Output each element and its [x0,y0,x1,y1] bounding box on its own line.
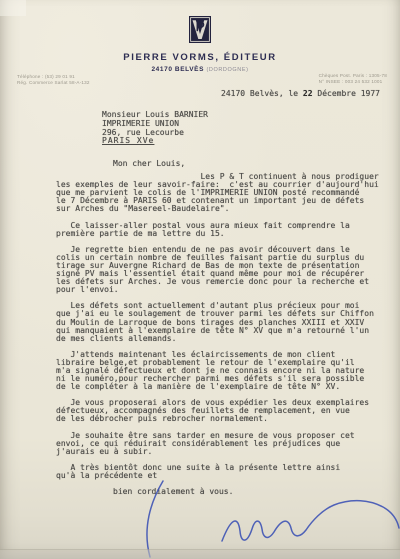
paragraph-7: Je souhaite être sans tarder en mesure d… [56,432,386,456]
paragraph-3: Je regrette bien entendu de ne pas avoir… [56,246,386,295]
letter-body: Mon cher Louis, Les P & T continuent à n… [56,160,386,496]
letterhead: PIERRE VORMS, ÉDITEUR 24170 BELVÈS (DORD… [0,16,400,73]
recipient-city: PARIS XVe [102,137,208,146]
closing-formula: bien cordialement à vous. [56,488,386,496]
publisher-address-town: 24170 BELVÈS [151,66,204,73]
recipient-address: Monsieur Louis BARNIER IMPRIMERIE UNION … [102,111,208,146]
dateline-day-overstruck: 22 [303,89,313,98]
dateline: 24170 Belvès, le 22 Décembre 1977 [221,89,380,98]
commerce-registry-line: Rég. Commerce Sarlat 58-A-132 [17,80,90,86]
paragraph-4: Les défets sont actuellement d'autant pl… [56,302,386,342]
publisher-address: 24170 BELVÈS (DORDOGNE) [0,66,400,73]
paragraph-5: J'attends maintenant les éclaircissement… [56,351,386,391]
salutation: Mon cher Louis, [56,160,386,168]
contact-info-right: Chèques Post. Paris : 1305-78 N° INSEE :… [319,73,387,86]
publisher-address-department: (DORDOGNE) [206,67,248,73]
paragraph-2: Ce laisser-aller postal vous aura mieux … [56,222,386,238]
scanned-letter-page: PIERRE VORMS, ÉDITEUR 24170 BELVÈS (DORD… [0,0,400,559]
paragraph-1: Les P & T continuent à nous prodiguer le… [56,173,386,213]
insee-number-line: N° INSEE : 003 24 532 1001 [319,79,387,85]
publisher-name: PIERRE VORMS, ÉDITEUR [0,52,400,63]
dateline-place: 24170 Belvès, le [221,89,303,98]
contact-info-left: Téléphone : (53) 29 01 91 Rég. Commerce … [17,74,90,87]
pv-monogram-icon [189,16,211,47]
paragraph-6: Je vous proposerai alors de vous expédie… [56,399,386,423]
dateline-month-year: Décembre 1977 [313,89,380,98]
paragraph-8: A très bientôt donc une suite à la prése… [56,464,386,480]
paper-bottom-edge [0,549,400,559]
scan-corner-highlight [0,0,26,16]
